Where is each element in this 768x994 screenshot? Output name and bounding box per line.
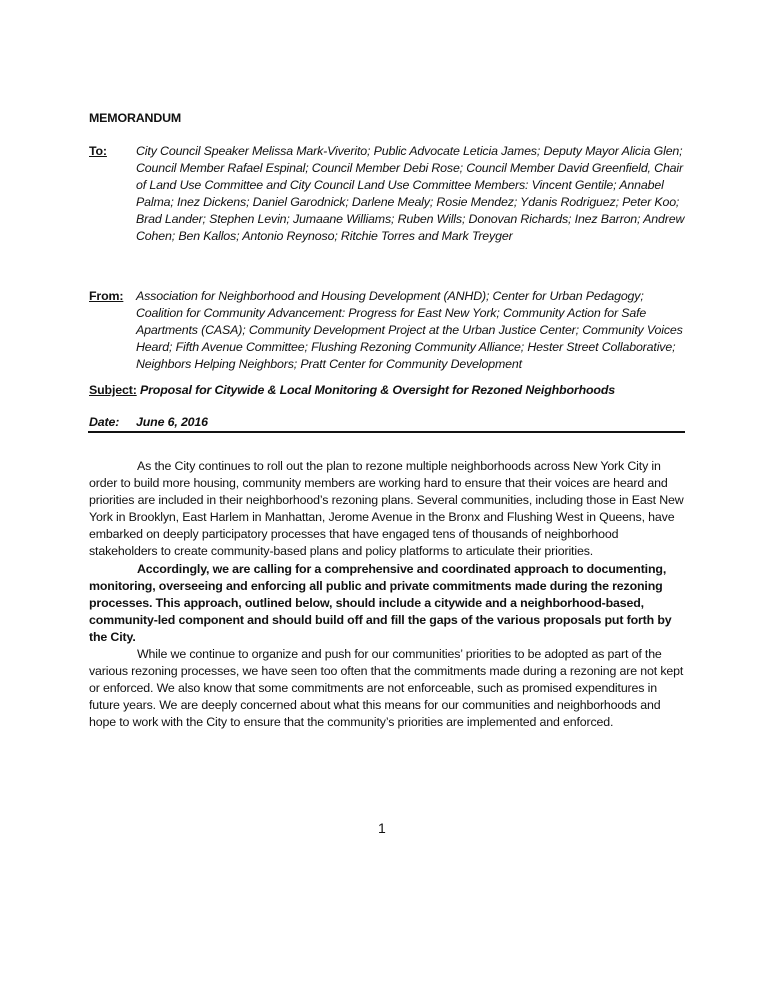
to-label: To: (89, 143, 107, 160)
memo-date-field: Date: June 6, 2016 (89, 414, 689, 431)
body-paragraph-2: Accordingly, we are calling for a compre… (89, 561, 689, 646)
body-paragraph-1: As the City continues to roll out the pl… (89, 458, 689, 561)
date-value: June 6, 2016 (136, 414, 689, 431)
page-number: 1 (378, 820, 386, 836)
subject-label: Subject: (89, 383, 137, 397)
memo-to-field: To: City Council Speaker Melissa Mark-Vi… (89, 143, 689, 246)
body-paragraph-3: While we continue to organize and push f… (89, 646, 689, 731)
from-label: From: (89, 288, 123, 305)
document-page: MEMORANDUM To: City Council Speaker Meli… (0, 0, 768, 994)
to-recipients: City Council Speaker Melissa Mark-Viveri… (136, 143, 689, 246)
from-senders: Association for Neighborhood and Housing… (136, 288, 689, 373)
date-label: Date: (89, 414, 119, 431)
subject-text: Proposal for Citywide & Local Monitoring… (140, 383, 615, 397)
memo-subject-field: Subject: Proposal for Citywide & Local M… (89, 382, 689, 399)
memo-from-field: From: Association for Neighborhood and H… (89, 288, 689, 373)
header-divider (88, 431, 685, 433)
memo-body: As the City continues to roll out the pl… (89, 458, 689, 732)
memo-title: MEMORANDUM (89, 110, 181, 127)
